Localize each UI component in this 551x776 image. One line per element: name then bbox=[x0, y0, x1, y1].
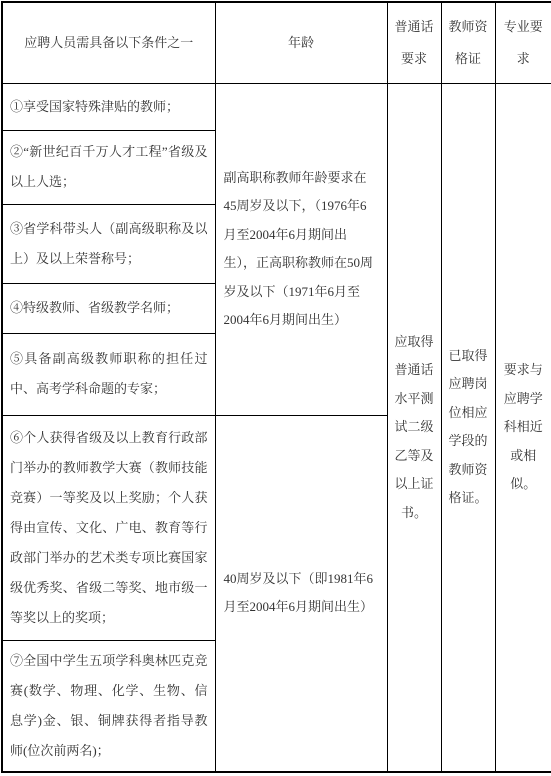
header-mandarin: 普通话要求 bbox=[387, 2, 441, 83]
certificate-requirement-cell: 已取得应聘岗位相应学段的教师资格证。 bbox=[441, 83, 495, 772]
mandarin-requirement-cell: 应取得普通话水平测试二级乙等及以上证书。 bbox=[387, 83, 441, 772]
condition-3-cell: ③省学科带头人（副高级职称及以上）及以上荣誉称号； bbox=[2, 204, 215, 283]
major-requirement-cell: 要求与应聘学科相近或相似。 bbox=[495, 83, 551, 772]
condition-5-cell: ⑤具备副高级教师职称的担任过中、高考学科命题的专家； bbox=[2, 333, 215, 415]
header-age: 年龄 bbox=[215, 2, 387, 83]
condition-4-cell: ④特级教师、省级教学名师； bbox=[2, 283, 215, 333]
table-header-row: 应聘人员需具备以下条件之一 年龄 普通话要求 教师资格证 专业要求 bbox=[2, 2, 551, 83]
condition-1-cell: ①享受国家特殊津贴的教师； bbox=[2, 83, 215, 130]
condition-2-cell: ②“新世纪百千万人才工程”省级及以上人选； bbox=[2, 130, 215, 204]
condition-6-cell: ⑥个人获得省级及以上教育行政部门举办的教师教学大赛（教师技能竞赛）一等奖及以上奖… bbox=[2, 415, 215, 640]
header-conditions: 应聘人员需具备以下条件之一 bbox=[2, 2, 215, 83]
document-page: 应聘人员需具备以下条件之一 年龄 普通话要求 教师资格证 专业要求 ①享受国家特… bbox=[0, 0, 551, 776]
header-certificate: 教师资格证 bbox=[441, 2, 495, 83]
condition-7-cell: ⑦全国中学生五项学科奥林匹克竞赛(数学、物理、化学、生物、信息学)金、银、铜牌获… bbox=[2, 640, 215, 772]
header-major: 专业要求 bbox=[495, 2, 551, 83]
table-row: ①享受国家特殊津贴的教师； 副高职称教师年龄要求在45周岁及以下，（1976年6… bbox=[2, 83, 551, 130]
age-requirement-general-cell: 40周岁及以下（即1981年6月至2004年6月期间出生） bbox=[215, 415, 387, 772]
age-requirement-senior-cell: 副高职称教师年龄要求在45周岁及以下，（1976年6月至2004年6月期间出生）… bbox=[215, 83, 387, 415]
recruitment-requirements-table: 应聘人员需具备以下条件之一 年龄 普通话要求 教师资格证 专业要求 ①享受国家特… bbox=[1, 1, 551, 773]
